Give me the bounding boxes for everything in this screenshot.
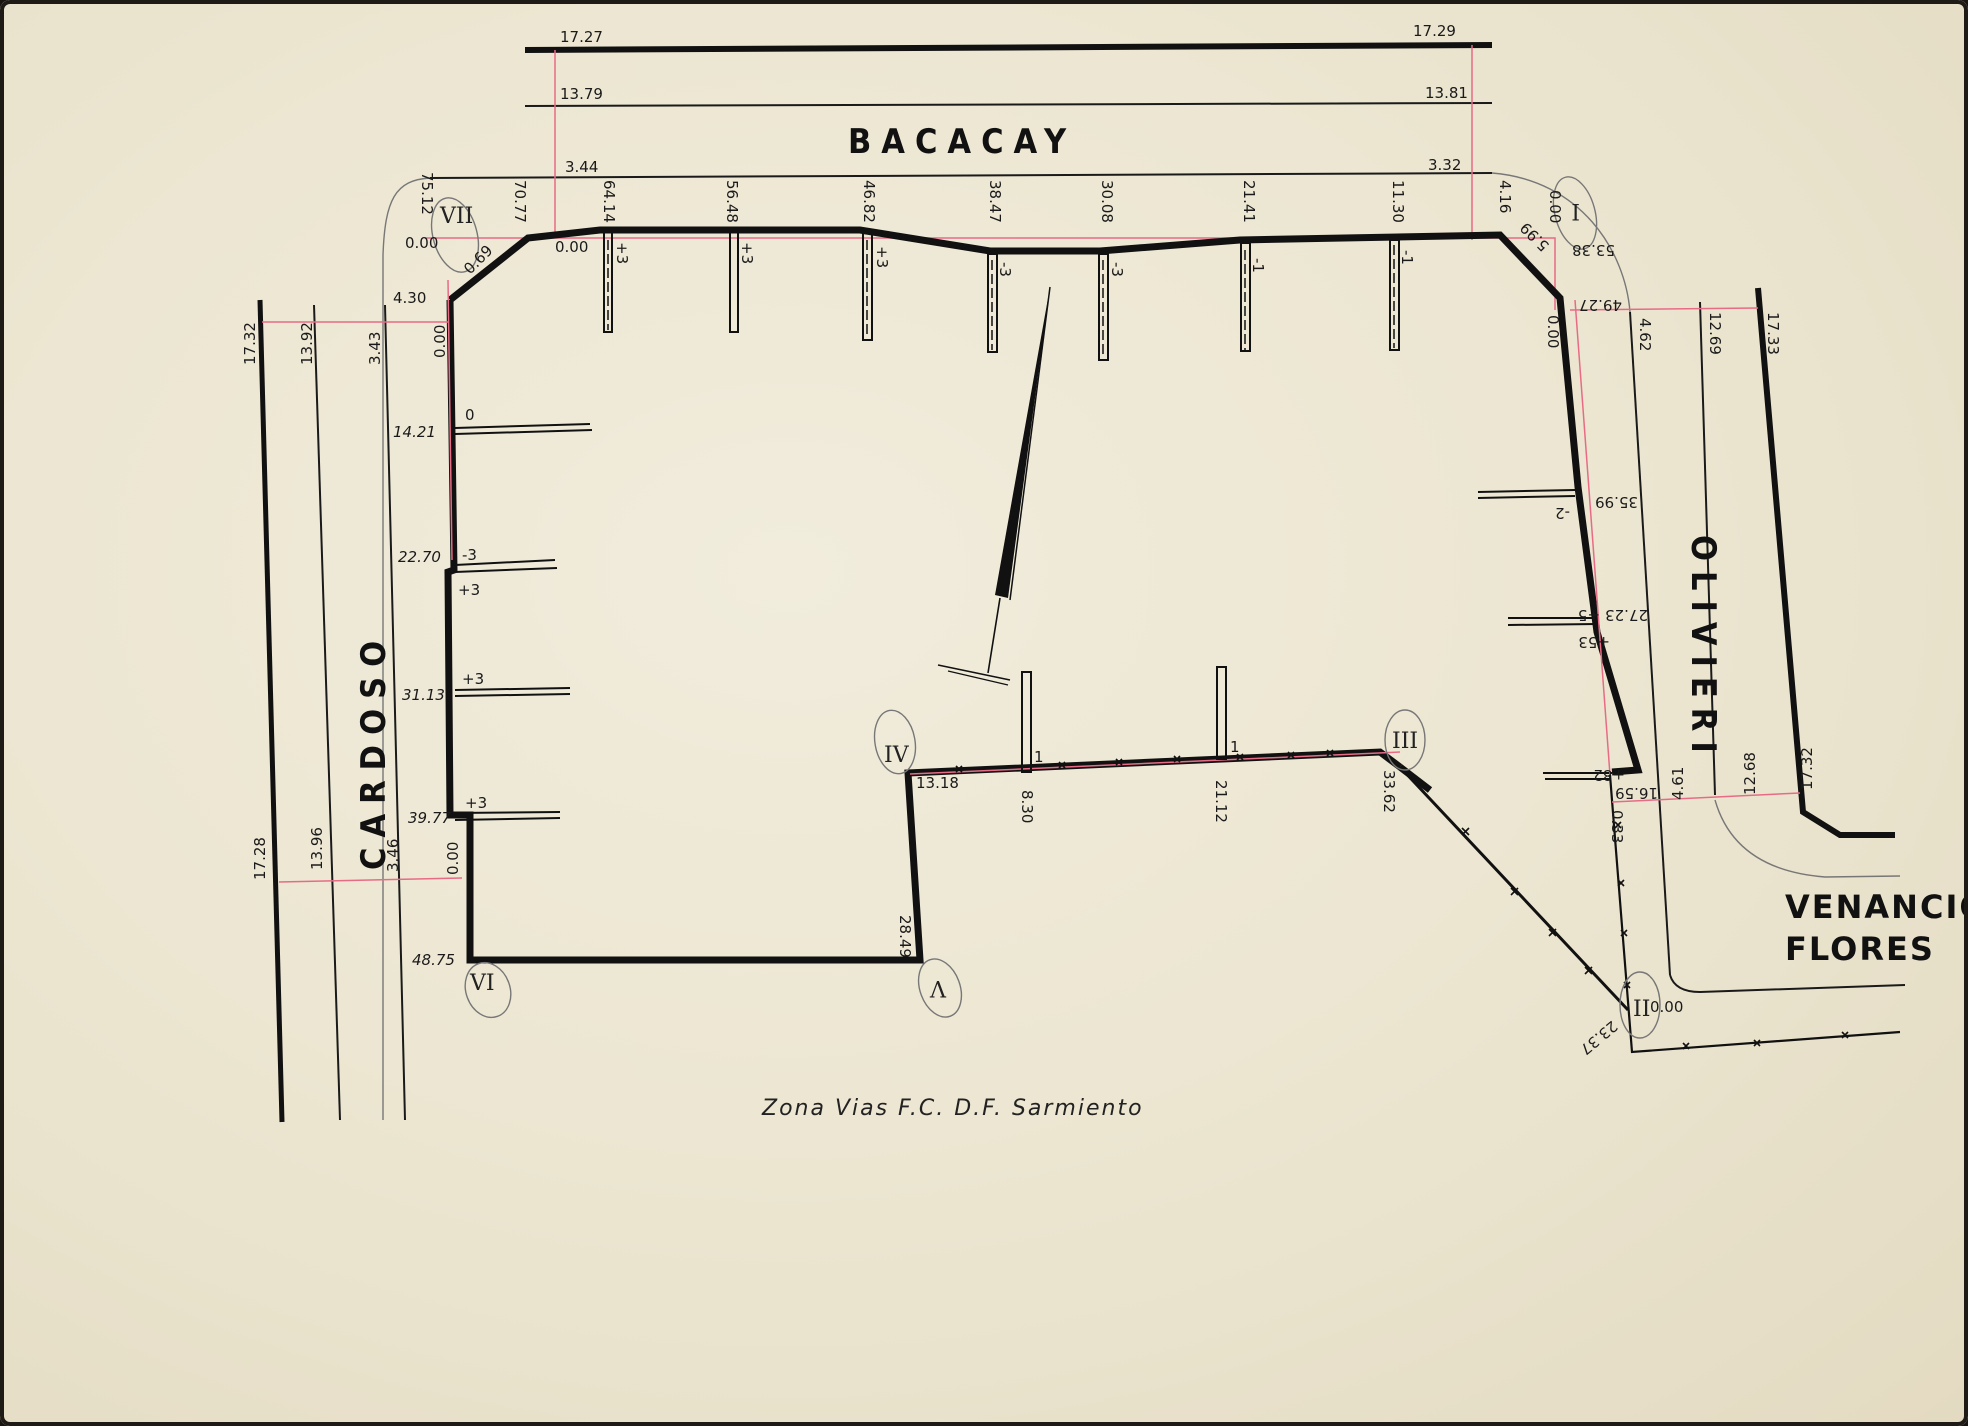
vertex-markers	[424, 172, 1660, 1038]
olivieri-offset: +5	[1578, 606, 1600, 624]
cardoso-level-13-96: 13.96	[308, 827, 326, 870]
vertex-VII: VII	[439, 204, 473, 229]
vertex-V: V	[929, 975, 947, 1000]
property-boundary	[450, 230, 1638, 772]
vertex-VI: VI	[469, 971, 495, 996]
rail-chainage-21-12: 21.12	[1212, 780, 1230, 823]
bacacay-offset-labels: +3 +3 +3 -3 -3 -1 -1	[613, 242, 1416, 277]
corner-VII-zero: 0.00	[405, 234, 438, 252]
rail-v-28-49: 28.49	[896, 915, 914, 958]
offset-label: -3	[996, 262, 1014, 277]
rail-ii-zero: 0.00	[1650, 998, 1683, 1016]
olivieri-street-lines	[1570, 288, 1905, 992]
olivieri-level-17-32: 17.32	[1798, 747, 1816, 790]
olivieri-level-4-62: 4.62	[1636, 318, 1654, 351]
rail-mark-2: 1	[1230, 738, 1240, 756]
chainage-38-47: 38.47	[986, 180, 1004, 223]
olivieri-chainage-35-99: 35.99	[1595, 493, 1638, 511]
olivieri-small-mark: 0.33	[1608, 810, 1626, 843]
street-name-flores: FLORES	[1785, 930, 1935, 968]
bacacay-level-inner-right: 3.32	[1428, 156, 1461, 174]
chainage-4-16: 4.16	[1496, 180, 1514, 213]
bacacay-level-outer-left: 17.27	[560, 28, 603, 46]
corner-I-zero: 0.00	[1546, 190, 1564, 223]
chainage-75-12: 75.12	[418, 172, 436, 215]
street-name-venancio: VENANCIO	[1785, 888, 1968, 926]
corner-VII-dot: 0.00	[555, 238, 588, 256]
cardoso-level-13-92: 13.92	[298, 322, 316, 365]
rail-chainage-13-18: 13.18	[916, 774, 959, 792]
offset-label: +3	[873, 246, 891, 268]
cardoso-offset: +3	[458, 581, 480, 599]
olivieri-level-17-33: 17.33	[1764, 312, 1782, 355]
olivieri-level-4-61: 4.61	[1669, 767, 1687, 800]
survey-plan-drawing: VII I II III IV V VI BACACAY CARDOSO OLI…	[0, 0, 1968, 1426]
rail-chainage-33-62: 33.62	[1380, 770, 1398, 813]
street-name-cardoso: CARDOSO	[354, 631, 394, 870]
cardoso-chainage-14-21: 14.21	[393, 423, 436, 441]
olivieri-chainage-16-59: 16.59	[1615, 784, 1658, 802]
cardoso-chainage-22-70: 22.70	[398, 548, 441, 566]
street-name-olivieri: OLIVIERI	[1683, 535, 1723, 763]
offset-label: -3	[1108, 262, 1126, 277]
cardoso-level-3-46: 3.46	[384, 839, 402, 872]
rail-fence-III-II	[1400, 767, 1628, 1010]
cardoso-chainage-31-13: 31.13	[402, 686, 445, 704]
corner-I-diag: 5.99	[1516, 219, 1552, 255]
bacacay-level-outer-right: 17.29	[1413, 22, 1456, 40]
cardoso-chainage-48-75: 48.75	[412, 951, 455, 969]
bacacay-chainage-labels: 75.12 70.77 64.14 56.48 46.82 38.47 30.0…	[418, 172, 1514, 223]
cardoso-offset: -3	[462, 546, 477, 564]
rail-side-walls	[1022, 667, 1226, 772]
offset-label: -1	[1398, 250, 1416, 265]
olivieri-level-12-69: 12.69	[1706, 312, 1724, 355]
olivieri-level-12-68: 12.68	[1741, 752, 1759, 795]
olivieri-offset: +53	[1578, 633, 1610, 651]
olivieri-offset: +82	[1593, 766, 1625, 784]
bacacay-level-middle-right: 13.81	[1425, 84, 1468, 102]
offset-label: +3	[738, 242, 756, 264]
chainage-70-77: 70.77	[511, 180, 529, 223]
vertex-IV: IV	[884, 743, 910, 768]
street-name-bacacay: BACACAY	[848, 122, 1076, 162]
corner-I-dot: 0.00	[1544, 315, 1562, 348]
bacacay-level-middle-left: 13.79	[560, 85, 603, 103]
cardoso-zero-bottom: 0.00	[444, 842, 462, 875]
rail-mark-1: 1	[1034, 748, 1044, 766]
chainage-11-30: 11.30	[1389, 180, 1407, 223]
cardoso-offset: +3	[462, 670, 484, 688]
survey-plan-sheet: VII I II III IV V VI BACACAY CARDOSO OLI…	[0, 0, 1968, 1426]
cardoso-level-3-43: 3.43	[366, 332, 384, 365]
cardoso-chainage-39-77: 39.77	[408, 809, 451, 827]
corner-I-49-27: 49.27	[1579, 296, 1622, 314]
vertex-I: I	[1571, 198, 1580, 223]
cardoso-offset: 0	[465, 406, 475, 424]
vertex-III: III	[1392, 729, 1418, 754]
north-arrow-icon	[938, 287, 1050, 685]
rail-chainage-8-30: 8.30	[1018, 790, 1036, 823]
corner-I-53-38: 53.38	[1572, 241, 1615, 259]
chainage-56-48: 56.48	[723, 180, 741, 223]
rail-ii-23-37: 23.37	[1577, 1017, 1621, 1058]
corner-VII-diag: 0.69	[460, 241, 496, 277]
vertex-II: II	[1633, 997, 1650, 1022]
chainage-46-82: 46.82	[860, 180, 878, 223]
offset-label: -1	[1249, 258, 1267, 273]
offset-label: +3	[613, 242, 631, 264]
interior-walls-cardoso	[455, 424, 592, 820]
cardoso-level-17-28: 17.28	[251, 837, 269, 880]
cardoso-level-17-32: 17.32	[241, 322, 259, 365]
cardoso-zero-top: 0.00	[431, 325, 449, 358]
property-boundary-left	[448, 300, 1400, 960]
cardoso-offset: +3	[465, 794, 487, 812]
olivieri-chainage-27-23: 27.23	[1605, 606, 1648, 624]
bacacay-level-inner-left: 3.44	[565, 158, 598, 176]
chainage-64-14: 64.14	[600, 180, 618, 223]
caption-zona-vias: Zona Vias F.C. D.F. Sarmiento	[761, 1096, 1144, 1121]
olivieri-offset: -2	[1555, 504, 1570, 522]
chainage-30-08: 30.08	[1098, 180, 1116, 223]
chainage-21-41: 21.41	[1240, 180, 1258, 223]
corner-VII-left: 4.30	[393, 289, 426, 307]
